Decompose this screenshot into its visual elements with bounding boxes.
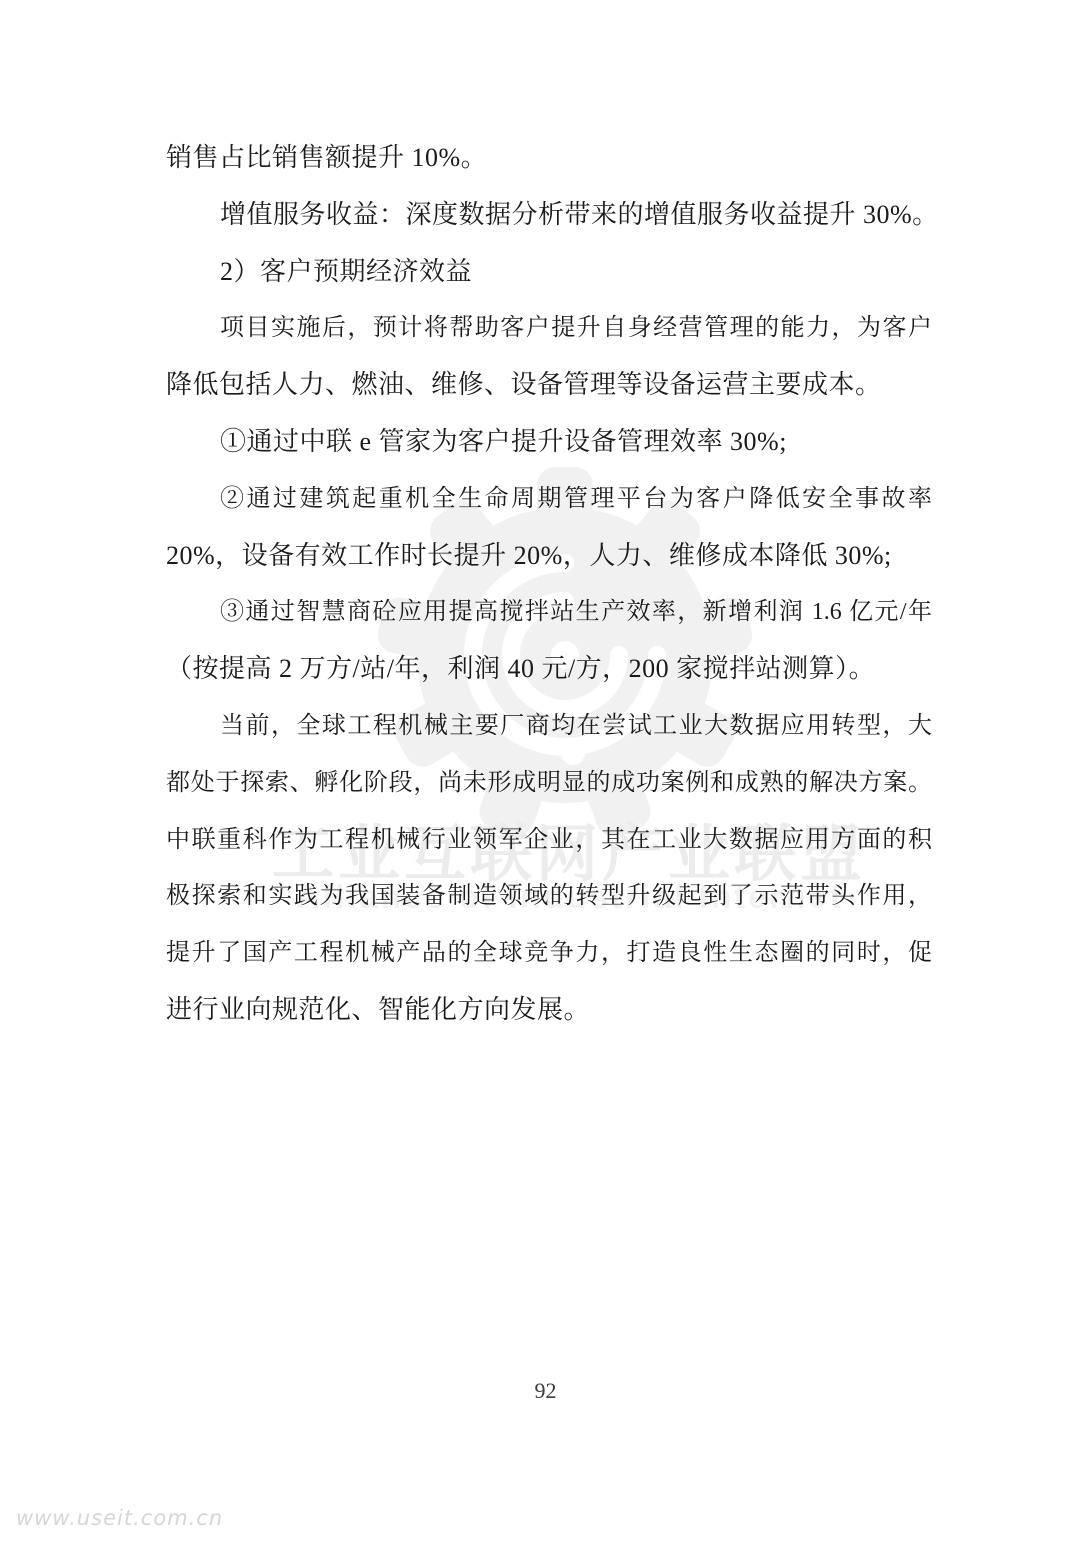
text-line: （按提高 2 万方/站/年，利润 40 元/方，200 家搅拌站测算）。	[166, 641, 932, 698]
text-line: 销售占比销售额提升 10%。	[166, 130, 932, 187]
useit-site-watermark: www.useit.com.cn	[16, 1506, 223, 1530]
text-line: 当前，全球工程机械主要厂商均在尝试工业大数据应用转型，大	[166, 698, 932, 755]
text-line: 提升了国产工程机械产品的全球竞争力，打造良性生态圈的同时，促	[166, 925, 932, 982]
document-body: 销售占比销售额提升 10%。 增值服务收益：深度数据分析带来的增值服务收益提升 …	[166, 130, 932, 1039]
text-line: ②通过建筑起重机全生命周期管理平台为客户降低安全事故率	[166, 471, 932, 528]
text-line: 增值服务收益：深度数据分析带来的增值服务收益提升 30%。	[166, 187, 932, 244]
text-line: 2）客户预期经济效益	[166, 244, 932, 301]
text-line: 20%，设备有效工作时长提升 20%，人力、维修成本降低 30%;	[166, 528, 932, 585]
text-line: 进行业向规范化、智能化方向发展。	[166, 982, 932, 1039]
text-line: 都处于探索、孵化阶段，尚未形成明显的成功案例和成熟的解决方案。	[166, 755, 932, 812]
text-line: ③通过智慧商砼应用提高搅拌站生产效率，新增利润 1.6 亿元/年	[166, 584, 932, 641]
text-line: ①通过中联 e 管家为客户提升设备管理效率 30%;	[166, 414, 932, 471]
text-line: 中联重科作为工程机械行业领军企业，其在工业大数据应用方面的积	[166, 812, 932, 869]
text-line: 项目实施后，预计将帮助客户提升自身经营管理的能力，为客户	[166, 300, 932, 357]
text-line: 降低包括人力、燃油、维修、设备管理等设备运营主要成本。	[166, 357, 932, 414]
document-page: 工业互联网产业联盟 Alliance of Industrial Interne…	[0, 0, 1091, 1544]
page-number: 92	[0, 1378, 1091, 1404]
text-line: 极探索和实践为我国装备制造领域的转型升级起到了示范带头作用，	[166, 868, 932, 925]
